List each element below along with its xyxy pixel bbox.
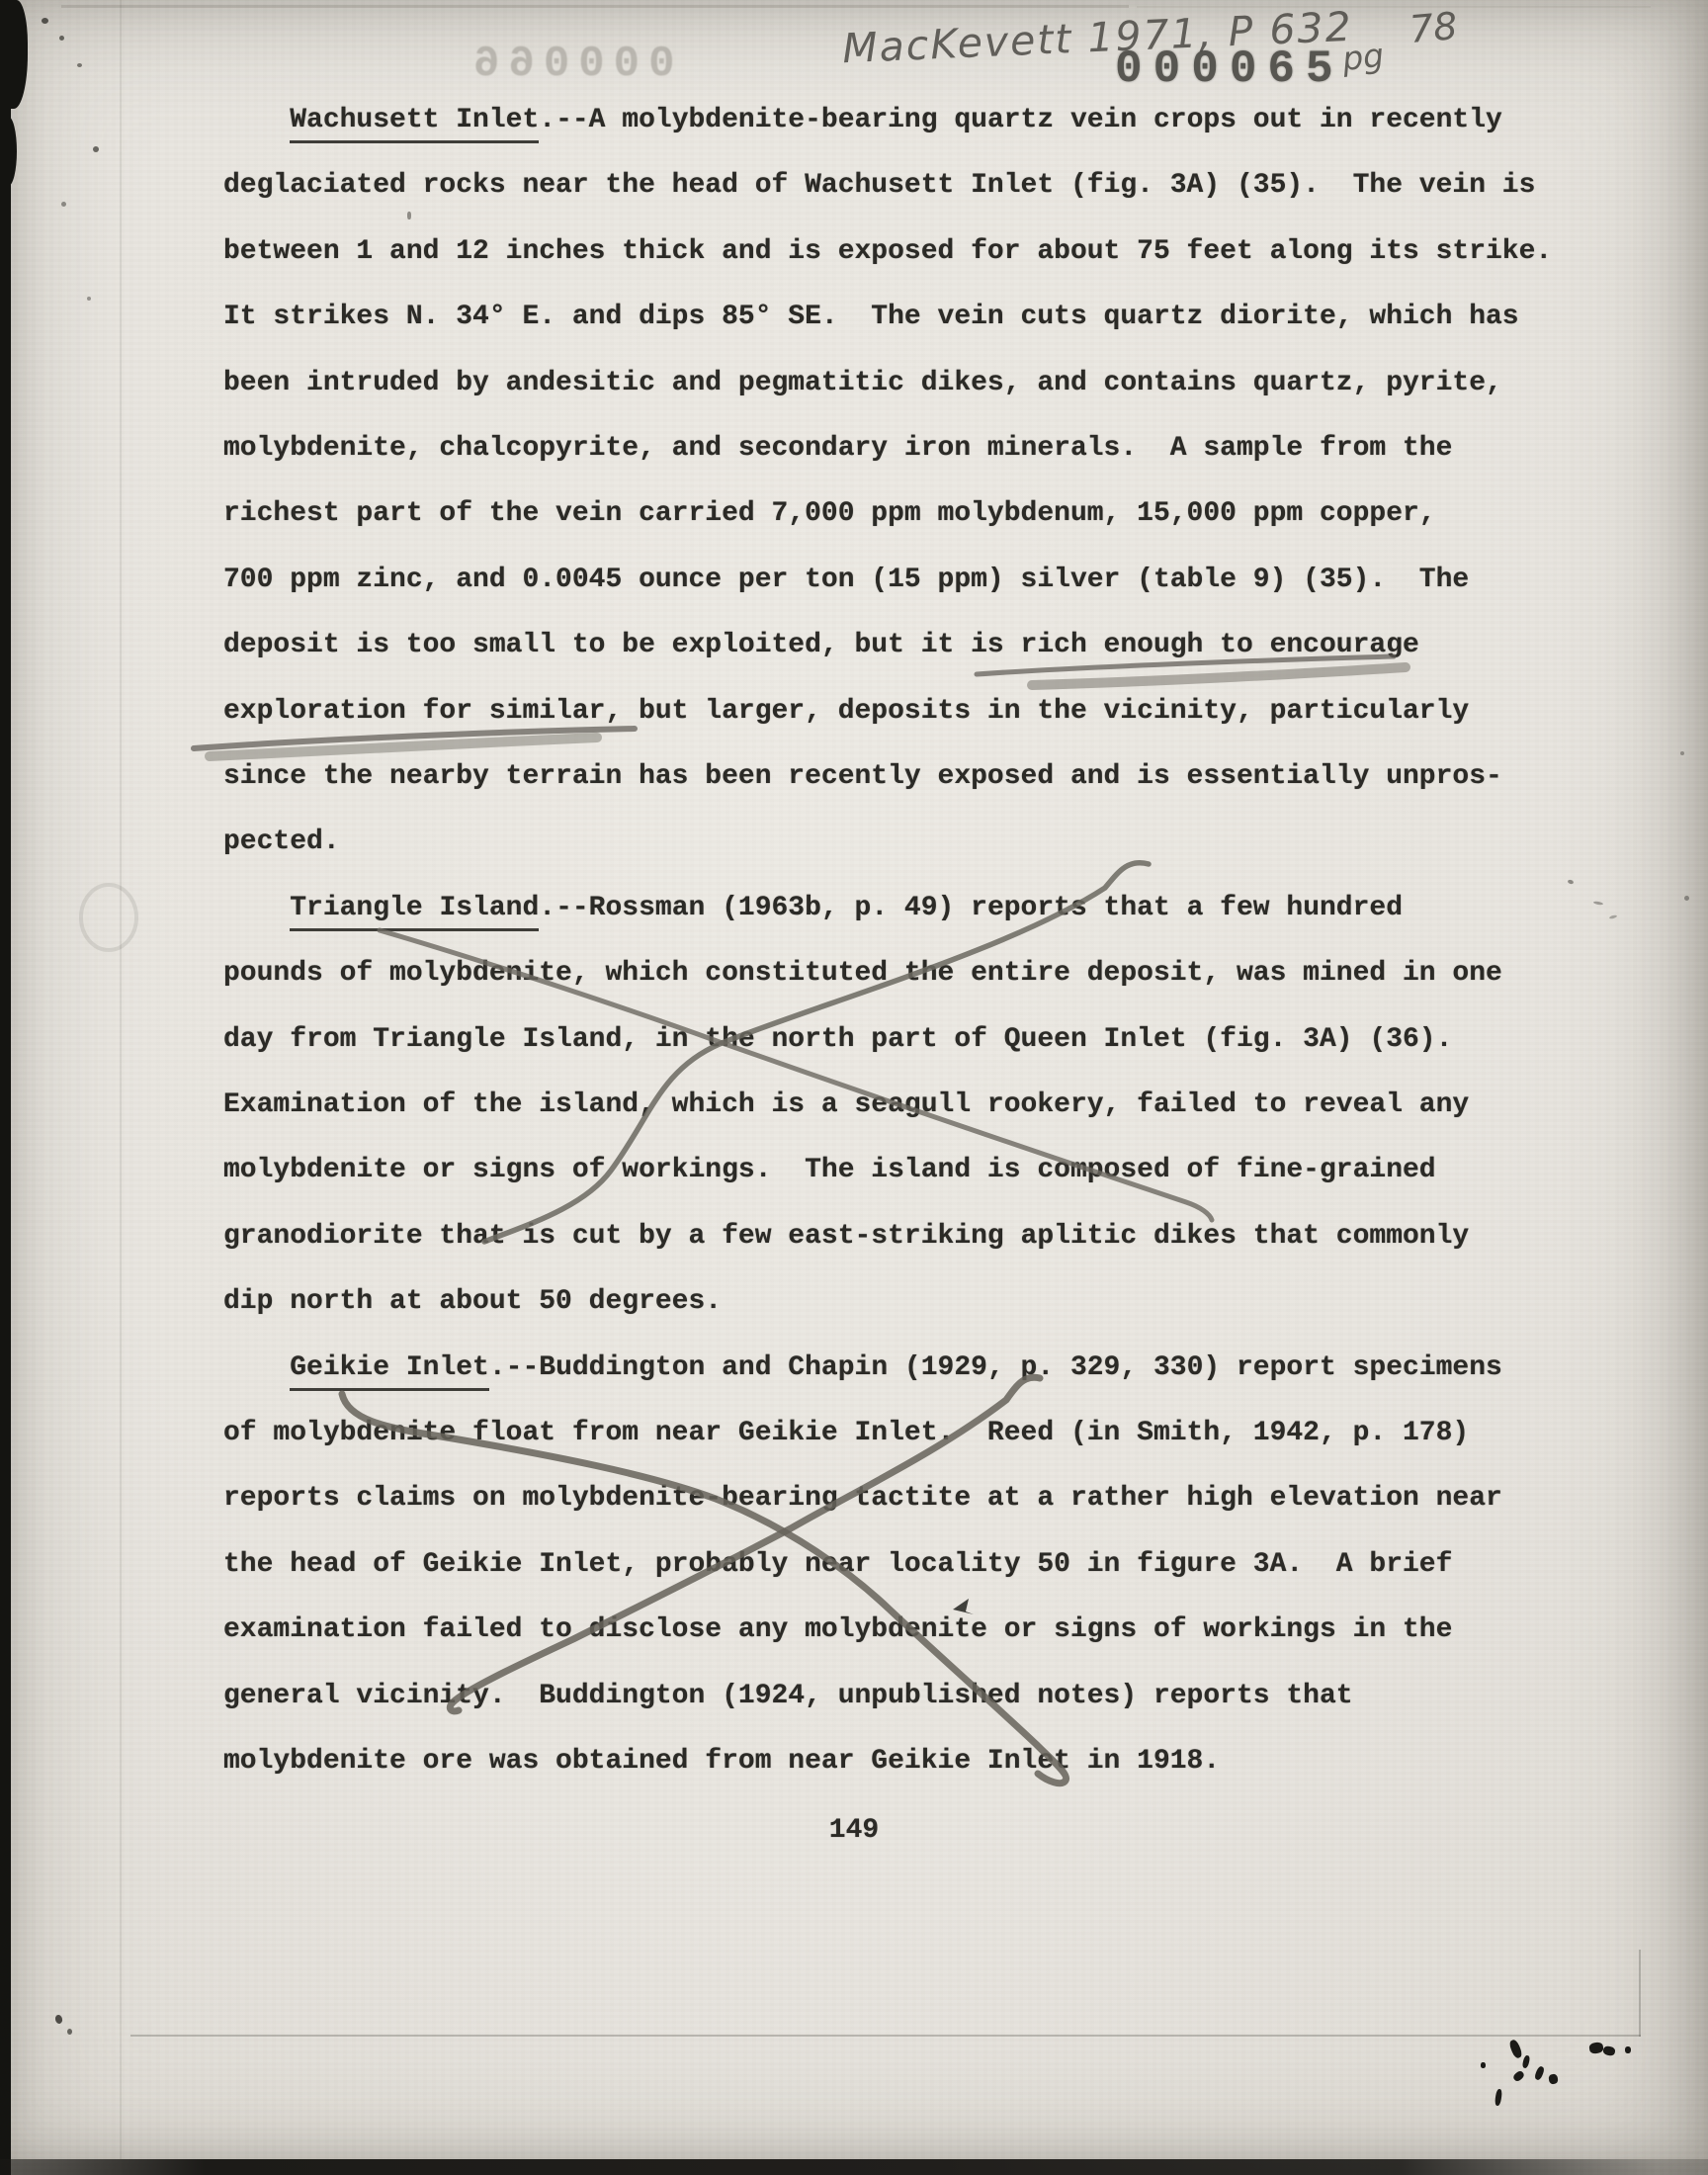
scan-edge-blob: [0, 117, 17, 186]
text-segment: richest part of the vein carried 7,000 p…: [223, 498, 1436, 529]
text-segment: day from Triangle Island, in the north p…: [223, 1024, 1452, 1055]
text-segment: .--A molybdenite-bearing quartz vein cro…: [539, 105, 1502, 135]
text-segment: general vicinity. Buddington (1924, unpu…: [223, 1681, 1353, 1711]
text-line: the head of Geikie Inlet, probably near …: [223, 1547, 1452, 1583]
section-heading: Triangle Island: [290, 893, 539, 931]
text-line: Geikie Inlet.--Buddington and Chapin (19…: [223, 1350, 1502, 1386]
toner-speck: [93, 146, 99, 152]
scan-edge-bottom: [0, 2159, 1708, 2175]
text-segment: the head of Geikie Inlet, probably near …: [223, 1549, 1452, 1580]
text-segment: [223, 1352, 290, 1383]
toner-speck: [1680, 751, 1684, 755]
ink-scribble: [1481, 2062, 1486, 2068]
text-segment: molybdenite or signs of workings. The is…: [223, 1155, 1436, 1185]
text-segment: [223, 105, 290, 135]
text-line: day from Triangle Island, in the north p…: [223, 1022, 1452, 1058]
text-line: molybdenite, chalcopyrite, and secondary…: [223, 431, 1452, 467]
text-line: since the nearby terrain has been recent…: [223, 759, 1502, 795]
text-segment: .--Rossman (1963b, p. 49) reports that a…: [539, 893, 1403, 923]
text-segment: examination failed to disclose any molyb…: [223, 1614, 1452, 1645]
text-line: deglaciated rocks near the head of Wachu…: [223, 168, 1535, 204]
scan-top-edge-line: [1137, 6, 1651, 8]
section-heading: Geikie Inlet: [290, 1352, 489, 1391]
text-segment: pounds of molybdenite, which constituted…: [223, 958, 1502, 989]
toner-speck: [1684, 896, 1689, 901]
text-segment: molybdenite, chalcopyrite, and secondary…: [223, 433, 1452, 464]
text-segment: since the nearby terrain has been recent…: [223, 761, 1502, 792]
text-segment: of molybdenite float from near Geikie In…: [223, 1418, 1469, 1448]
text-line: dip north at about 50 degrees.: [223, 1284, 722, 1320]
text-line: been intruded by andesitic and pegmatiti…: [223, 366, 1502, 401]
text-segment: between 1 and 12 inches thick and is exp…: [223, 236, 1552, 267]
text-line: granodiorite that is cut by a few east-s…: [223, 1219, 1469, 1255]
toner-speck: [77, 63, 82, 67]
text-segment: deposit is too small to be exploited, bu…: [223, 630, 1419, 660]
toner-speck: [59, 36, 64, 41]
text-line: Wachusett Inlet.--A molybdenite-bearing …: [223, 103, 1502, 138]
toner-speck: [67, 2029, 72, 2035]
text-segment: [223, 893, 290, 923]
text-line: examination failed to disclose any molyb…: [223, 1612, 1452, 1648]
text-segment: .--Buddington and Chapin (1929, p. 329, …: [489, 1352, 1502, 1383]
text-line: pounds of molybdenite, which constituted…: [223, 956, 1502, 992]
text-line: pected.: [223, 825, 340, 860]
text-line: exploration for similar, but larger, dep…: [223, 694, 1469, 730]
text-line: It strikes N. 34° E. and dips 85° SE. Th…: [223, 300, 1519, 335]
scan-top-edge-line: [61, 5, 1129, 8]
scan-edge-blob: [0, 0, 28, 109]
paper-crease: [120, 0, 122, 2175]
text-segment: reports claims on molybdenite-bearing ta…: [223, 1483, 1502, 1514]
text-line: molybdenite ore was obtained from near G…: [223, 1744, 1220, 1780]
text-segment: molybdenite ore was obtained from near G…: [223, 1746, 1220, 1777]
text-line: richest part of the vein carried 7,000 p…: [223, 496, 1436, 532]
text-line: Triangle Island.--Rossman (1963b, p. 49)…: [223, 891, 1403, 926]
text-segment: exploration for similar, but larger, dep…: [223, 696, 1469, 727]
text-line: between 1 and 12 inches thick and is exp…: [223, 234, 1552, 270]
text-segment: been intruded by andesitic and pegmatiti…: [223, 368, 1502, 398]
ink-scribble: [1625, 2046, 1631, 2053]
underlying-page-edge-h: [130, 2035, 1641, 2037]
section-heading: Wachusett Inlet: [290, 105, 539, 143]
text-segment: dip north at about 50 degrees.: [223, 1286, 722, 1317]
text-line: Examination of the island, which is a se…: [223, 1087, 1469, 1123]
serial-number-stamp: 000065: [1115, 43, 1344, 95]
text-line: molybdenite or signs of workings. The is…: [223, 1153, 1436, 1188]
text-line: reports claims on molybdenite-bearing ta…: [223, 1481, 1502, 1517]
text-segment: Examination of the island, which is a se…: [223, 1089, 1469, 1120]
bleedthrough-stamp: 000066: [465, 40, 674, 89]
toner-speck: [61, 202, 66, 207]
underlying-page-edge-v: [1639, 1950, 1641, 2037]
text-segment: pected.: [223, 826, 340, 857]
text-line: 700 ppm zinc, and 0.0045 ounce per ton (…: [223, 563, 1469, 598]
toner-speck: [87, 297, 91, 301]
text-line: of molybdenite float from near Geikie In…: [223, 1416, 1469, 1451]
scanned-document-page: Wachusett Inlet.--A molybdenite-bearing …: [0, 0, 1708, 2175]
text-line: deposit is too small to be exploited, bu…: [223, 628, 1419, 663]
handwritten-pg-label: pg: [1340, 36, 1386, 78]
page-number: 149: [0, 1815, 1708, 1846]
toner-speck: [42, 18, 48, 24]
handwritten-pg-number: 78: [1408, 4, 1459, 51]
text-segment: deglaciated rocks near the head of Wachu…: [223, 170, 1535, 201]
scan-edge-left: [0, 0, 11, 2175]
text-line: general vicinity. Buddington (1924, unpu…: [223, 1679, 1353, 1714]
text-segment: It strikes N. 34° E. and dips 85° SE. Th…: [223, 302, 1519, 332]
toner-speck: [407, 212, 411, 219]
text-segment: granodiorite that is cut by a few east-s…: [223, 1221, 1469, 1252]
text-segment: 700 ppm zinc, and 0.0045 ounce per ton (…: [223, 565, 1469, 595]
